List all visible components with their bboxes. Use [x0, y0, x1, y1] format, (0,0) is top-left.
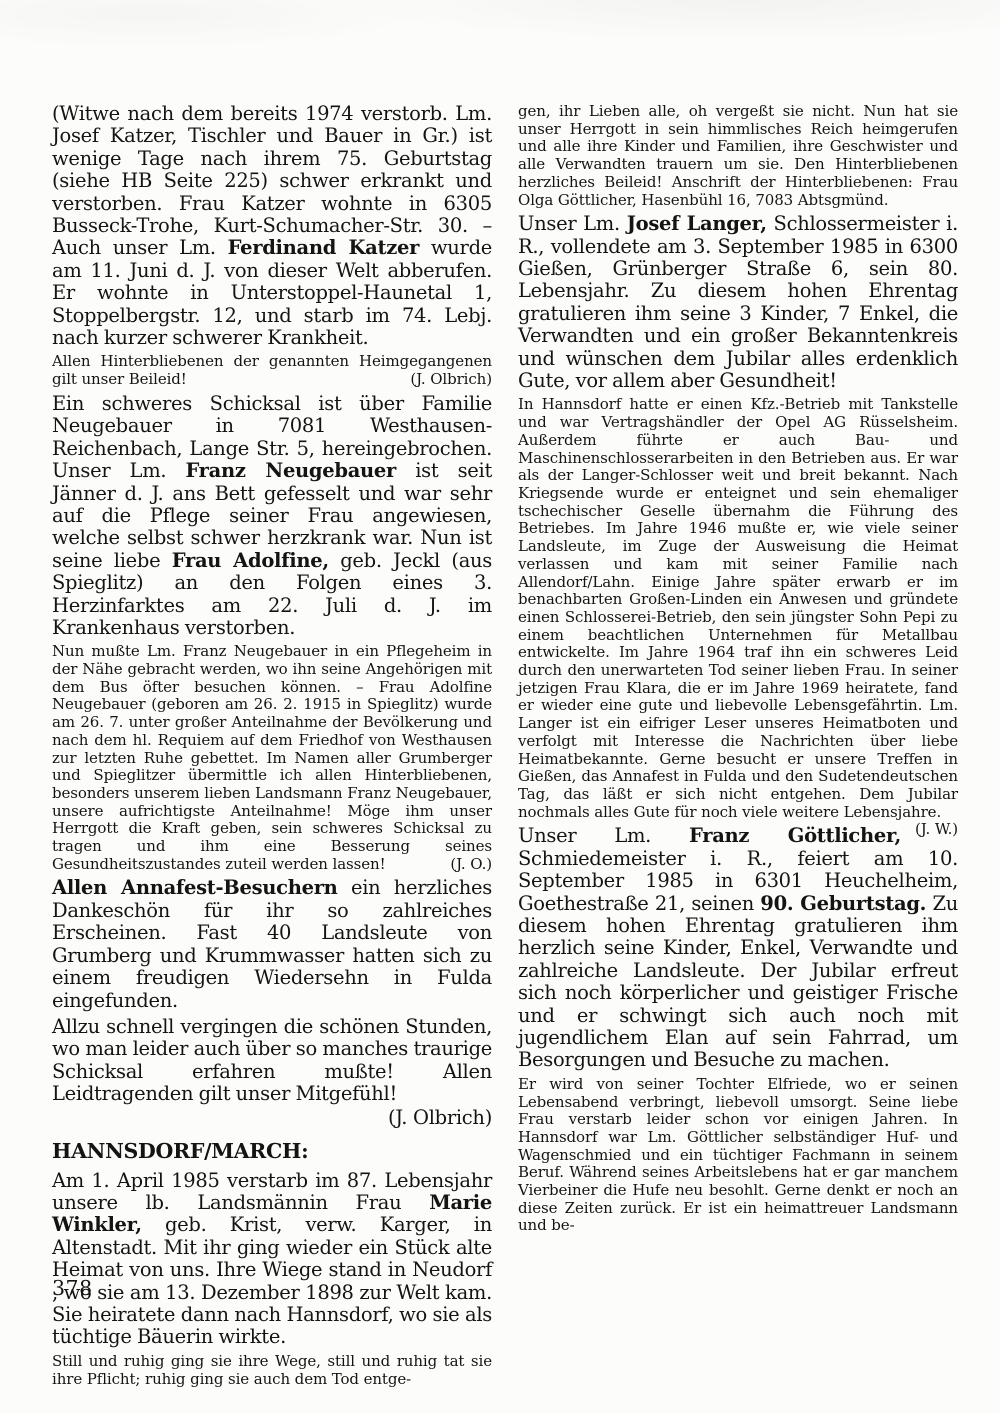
text-run: gen, ihr Lieben alle, oh vergeßt sie nic…	[518, 102, 958, 209]
text-run: Schlossermeister i. R., vollendete am 3.…	[518, 212, 958, 392]
text-columns: (Witwe nach dem bereits 1974 verstorb. L…	[52, 103, 958, 1388]
paragraph-small: gen, ihr Lieben alle, oh vergeßt sie nic…	[518, 103, 958, 209]
text-run: In Hannsdorf hatte er einen Kfz.-Betrieb…	[518, 395, 958, 820]
emphasized-name: Josef Langer,	[627, 212, 767, 235]
paragraph-small: Er wird von seiner Tochter Elfriede, wo …	[518, 1076, 958, 1235]
emphasized-name: 90. Geburtstag.	[760, 892, 926, 915]
text-run: Unser Lm.	[518, 824, 689, 847]
paragraph: Unser Lm. Franz Göttlicher, Schmiedemeis…	[518, 825, 958, 1071]
paragraph: Ein schweres Schicksal ist über Familie …	[52, 393, 492, 639]
text-run: Allzu schnell vergingen die schönen Stun…	[52, 1015, 492, 1105]
text-run: Unser Lm.	[518, 212, 627, 235]
left-column: (Witwe nach dem bereits 1974 verstorb. L…	[52, 103, 492, 1388]
right-column: gen, ihr Lieben alle, oh vergeßt sie nic…	[518, 103, 958, 1388]
newsletter-page: (Witwe nach dem bereits 1974 verstorb. L…	[0, 0, 1000, 1413]
emphasized-name: Ferdinand Katzer	[228, 236, 419, 259]
section-heading: HANNSDORF/MARCH:	[52, 1139, 492, 1163]
paragraph: Am 1. April 1985 verstarb im 87. Lebensj…	[52, 1170, 492, 1349]
paragraph-small: Nun mußte Lm. Franz Neugebauer in ein Pf…	[52, 643, 492, 873]
paragraph-small: In Hannsdorf hatte er einen Kfz.-Betrieb…	[518, 396, 958, 821]
paragraph: Unser Lm. Josef Langer, Schlossermeister…	[518, 213, 958, 392]
text-run: HANNSDORF/MARCH:	[52, 1139, 308, 1163]
text-run: Zu diesem hohen Ehrentag gratulieren ihm…	[518, 892, 958, 1072]
author-initials: (J. O.)	[436, 856, 492, 874]
text-run: Er wird von seiner Tochter Elfriede, wo …	[518, 1075, 958, 1235]
emphasized-name: Franz Göttlicher,	[689, 824, 901, 847]
author-initials: (J. W.)	[901, 821, 958, 839]
byline: (J. Olbrich)	[52, 1106, 492, 1129]
paragraph: Allzu schnell vergingen die schönen Stun…	[52, 1016, 492, 1106]
text-run: Am 1. April 1985 verstarb im 87. Lebensj…	[52, 1169, 492, 1214]
paragraph: (Witwe nach dem bereits 1974 verstorb. L…	[52, 103, 492, 349]
text-run: Nun mußte Lm. Franz Neugebauer in ein Pf…	[52, 642, 492, 872]
paragraph-small: Allen Hinterbliebenen der genannten Heim…	[52, 353, 492, 388]
emphasized-name: Allen Annafest-Besuchern	[52, 876, 338, 899]
emphasized-name: Franz Neugebauer	[185, 459, 396, 482]
text-run: (J. Olbrich)	[388, 1106, 492, 1129]
paragraph-small: Still und ruhig ging sie ihre Wege, stil…	[52, 1353, 492, 1388]
paragraph: Allen Annafest-Besuchern ein herzliches …	[52, 877, 492, 1011]
text-run: Still und ruhig ging sie ihre Wege, stil…	[52, 1352, 492, 1388]
author-initials: (J. Olbrich)	[396, 371, 492, 389]
page-number: 378	[52, 1276, 93, 1300]
emphasized-name: Frau Adolfine,	[172, 549, 329, 572]
